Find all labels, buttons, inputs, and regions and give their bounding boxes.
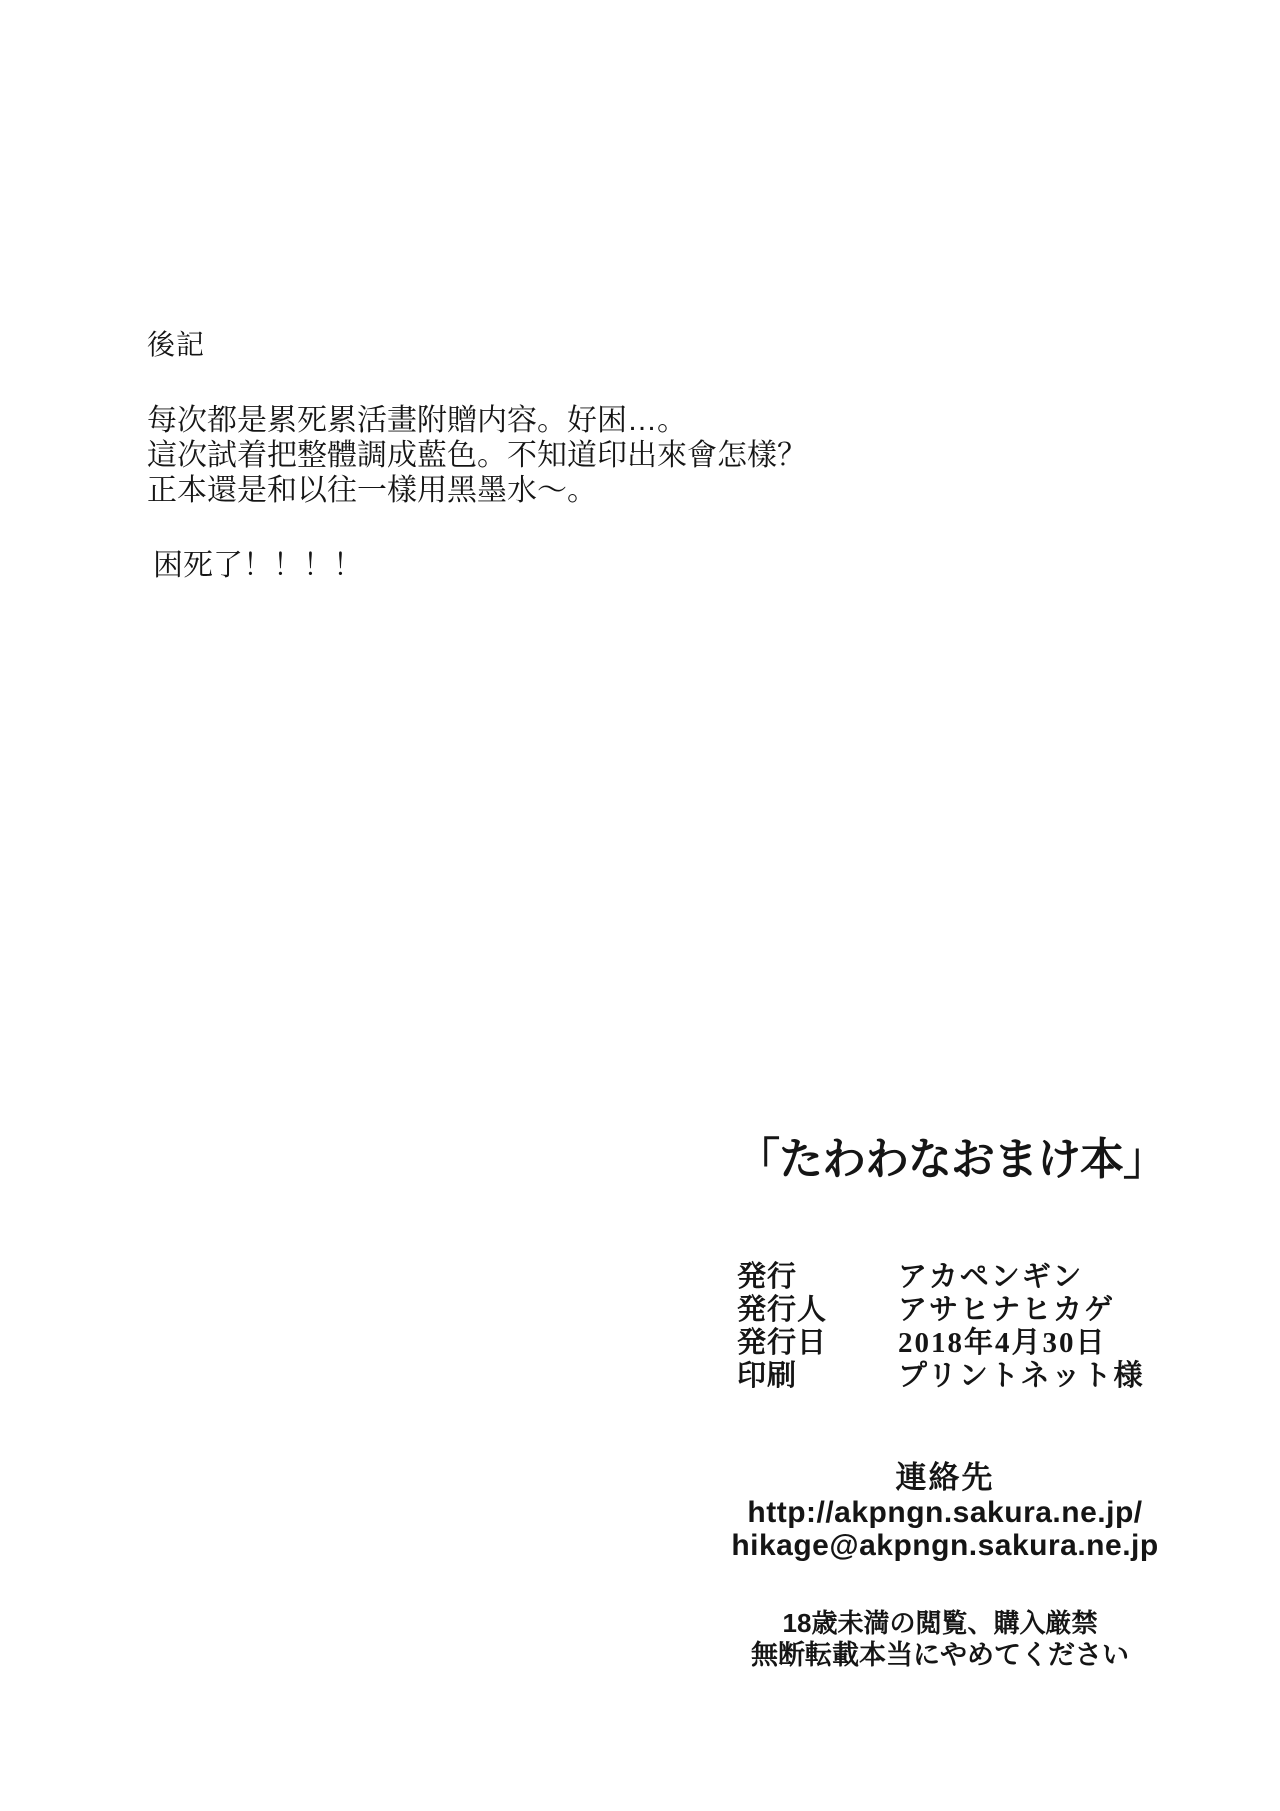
publisher-label: 発行 bbox=[737, 1261, 898, 1294]
afterword-closing-text: 困死了！！！！ bbox=[153, 549, 363, 582]
afterword-heading: 後記 bbox=[147, 330, 205, 361]
publication-row-publisher: 発行 アカペンギン bbox=[737, 1261, 1145, 1294]
contact-email-address: hikage@akpngn.sakura.ne.jp bbox=[605, 1529, 1280, 1562]
contact-website-url: http://akpngn.sakura.ne.jp/ bbox=[605, 1496, 1280, 1529]
publication-info-table: 発行 アカペンギン 発行人 アサヒナヒカゲ 発行日 2018年4月30日 印刷 … bbox=[737, 1261, 1145, 1393]
publication-row-printer: 印刷 プリントネット様 bbox=[737, 1360, 1145, 1393]
afterword-body-text: 每次都是累死累活畫附贈内容。好困…。 這次試着把整體調成藍色。不知道印出來會怎樣… bbox=[147, 403, 807, 508]
contact-block: 連絡先 http://akpngn.sakura.ne.jp/ hikage@a… bbox=[605, 1460, 1280, 1562]
age-warning-block: 18歳未満の閲覧、購入厳禁 無断転載本当にやめてください bbox=[600, 1607, 1280, 1671]
printer-label: 印刷 bbox=[737, 1360, 898, 1393]
age-restriction-warning: 18歳未満の閲覧、購入厳禁 bbox=[600, 1607, 1280, 1639]
date-value: 2018年4月30日 bbox=[898, 1327, 1107, 1360]
author-label: 発行人 bbox=[737, 1294, 898, 1327]
publisher-value: アカペンギン bbox=[898, 1261, 1083, 1294]
publication-row-date: 発行日 2018年4月30日 bbox=[737, 1327, 1145, 1360]
book-title: 「たわわなおまけ本」 bbox=[736, 1136, 1166, 1184]
date-label: 発行日 bbox=[737, 1327, 898, 1360]
publication-row-author: 発行人 アサヒナヒカゲ bbox=[737, 1294, 1145, 1327]
contact-heading: 連絡先 bbox=[605, 1460, 1280, 1496]
scanned-afterword-page: 後記 每次都是累死累活畫附贈内容。好困…。 這次試着把整體調成藍色。不知道印出來… bbox=[0, 0, 1280, 1811]
no-reupload-warning: 無断転載本当にやめてください bbox=[600, 1639, 1280, 1671]
author-value: アサヒナヒカゲ bbox=[898, 1294, 1115, 1327]
printer-value: プリントネット様 bbox=[898, 1360, 1145, 1393]
